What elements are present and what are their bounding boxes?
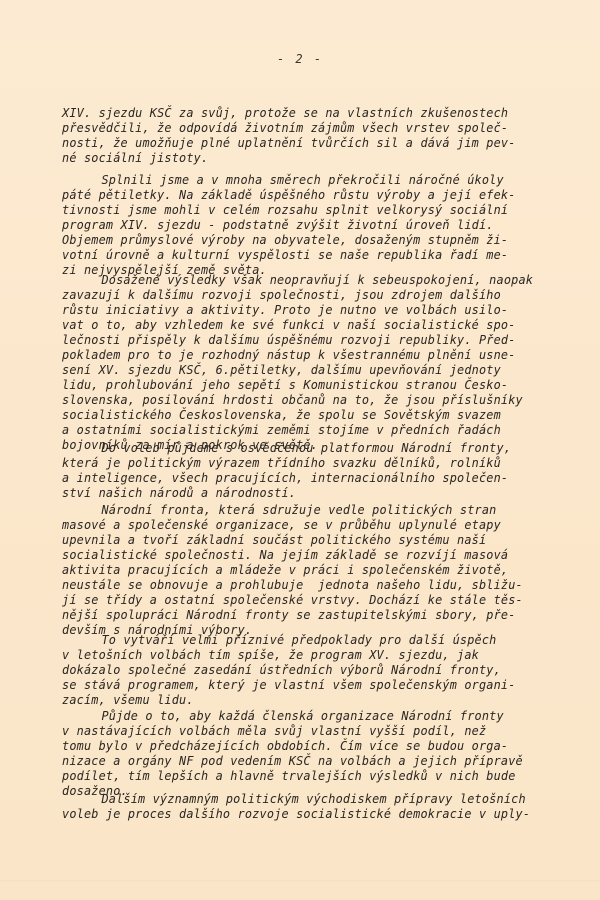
text-line: program XIV. sjezdu - podstatně zvýšit ž… [62,217,551,232]
text-line: né sociální jistoty. [62,150,551,165]
text-line: a inteligence, všech pracujících, intern… [62,470,551,485]
text-line: XIV. sjezdu KSČ za svůj, protože se na v… [62,105,551,120]
text-line: vat o to, aby vzhledem ke své funkci v n… [62,317,551,332]
text-line: upevnila a tvoří základní součást politi… [62,532,551,547]
text-line: lidu, prohlubování jeho sepětí s Komunis… [62,377,551,392]
text-line: Do voleb půjdeme s osvědčenou platformou… [62,440,551,455]
text-line: zacím, všemu lidu. [62,692,551,707]
text-line: jí se třídy a ostatní společenské vrstvy… [62,592,551,607]
text-line: tomu bylo v předcházejících obdobích. Čí… [62,738,551,753]
text-line: nější spolupráci Národní fronty se zastu… [62,607,551,622]
text-line: neustále se obnovuje a prohlubuje jednot… [62,577,551,592]
paragraph-6: To vytváří velmi příznivé předpoklady pr… [62,632,551,707]
paragraph-8: Dalším významným politickým východiskem … [62,791,551,821]
document-page: - 2 - XIV. sjezdu KSČ za svůj, protože s… [0,0,600,900]
text-line: votní úrovně a kulturní vyspělosti se na… [62,247,551,262]
text-line: ství našich národů a národností. [62,485,551,500]
text-line: slovenska, posilování hrdosti občanů na … [62,392,551,407]
text-line: Dalším významným politickým východiskem … [62,791,551,806]
text-line: růstu iniciativy a aktivity. Proto je nu… [62,302,551,317]
text-line: nosti, že umožňuje plné uplatnění tvůrčí… [62,135,551,150]
text-line: socialistického Československa, že spolu… [62,407,551,422]
text-line: dokázalo společné zasedání ústředních vý… [62,662,551,677]
text-line: Půjde o to, aby každá členská organizace… [62,708,551,723]
paragraph-7: Půjde o to, aby každá členská organizace… [62,708,551,798]
text-line: a ostatními socialistickými zeměmi stojí… [62,422,551,437]
text-line: aktivita pracujících a mládeže v práci i… [62,562,551,577]
text-line: podílet, tím lepších a hlavně trvalejšíc… [62,768,551,783]
text-line: voleb je proces dalšího rozvoje socialis… [62,806,551,821]
page-number: - 2 - [0,52,600,66]
text-line: páté pětiletky. Na základě úspěšného růs… [62,187,551,202]
paragraph-2: Splnili jsme a v mnoha směrech překročil… [62,172,551,277]
text-line: Objemem průmyslové výroby na obyvatele, … [62,232,551,247]
text-line: přesvědčili, že odpovídá životním zájmům… [62,120,551,135]
paragraph-5: Národní fronta, která sdružuje vedle pol… [62,502,551,637]
paper-edge [0,880,600,881]
text-line: v letošních volbách tím spíše, že progra… [62,647,551,662]
text-line: nizace a orgány NF pod vedením KSČ na vo… [62,753,551,768]
text-line: Dosažené výsledky však neopravňují k seb… [62,272,551,287]
paragraph-3: Dosažené výsledky však neopravňují k seb… [62,272,551,452]
text-line: pokladem pro to je rozhodný nástup k vše… [62,347,551,362]
paragraph-1: XIV. sjezdu KSČ za svůj, protože se na v… [62,105,551,165]
text-line: To vytváří velmi příznivé předpoklady pr… [62,632,551,647]
text-line: která je politickým výrazem třídního sva… [62,455,551,470]
text-line: masové a společenské organizace, se v pr… [62,517,551,532]
paragraph-4: Do voleb půjdeme s osvědčenou platformou… [62,440,551,500]
text-line: tivnosti jsme mohli v celém rozsahu spln… [62,202,551,217]
text-line: Národní fronta, která sdružuje vedle pol… [62,502,551,517]
text-line: se stává programem, který je vlastní vše… [62,677,551,692]
text-line: lečnosti přispěly k dalšímu úspěšnému ro… [62,332,551,347]
text-line: sení XV. sjezdu KSČ, 6.pětiletky, dalším… [62,362,551,377]
text-line: v nastávajících volbách měla svůj vlastn… [62,723,551,738]
text-line: zavazují k dalšímu rozvoji společnosti, … [62,287,551,302]
text-line: Splnili jsme a v mnoha směrech překročil… [62,172,551,187]
text-line: socialistické společnosti. Na jejím zákl… [62,547,551,562]
